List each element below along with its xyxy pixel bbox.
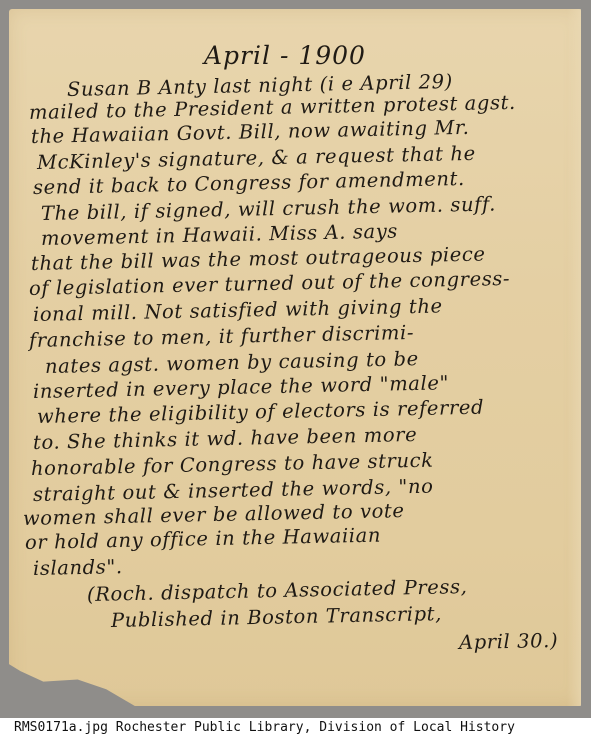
text-line: franchise to men, it further discrimi- <box>29 321 414 352</box>
document-title: April - 1900 <box>204 41 366 70</box>
citation-line: (Roch. dispatch to Associated Press, <box>87 575 468 606</box>
manuscript-page: April - 1900 Susan B Anty last night (i … <box>9 9 581 706</box>
citation-line: April 30.) <box>459 629 559 654</box>
citation-line: Published in Boston Transcript, <box>111 602 442 632</box>
text-line: islands". <box>33 555 123 580</box>
scan-background: April - 1900 Susan B Anty last night (i … <box>0 0 591 718</box>
image-caption: RMS0171a.jpg Rochester Public Library, D… <box>14 720 515 735</box>
